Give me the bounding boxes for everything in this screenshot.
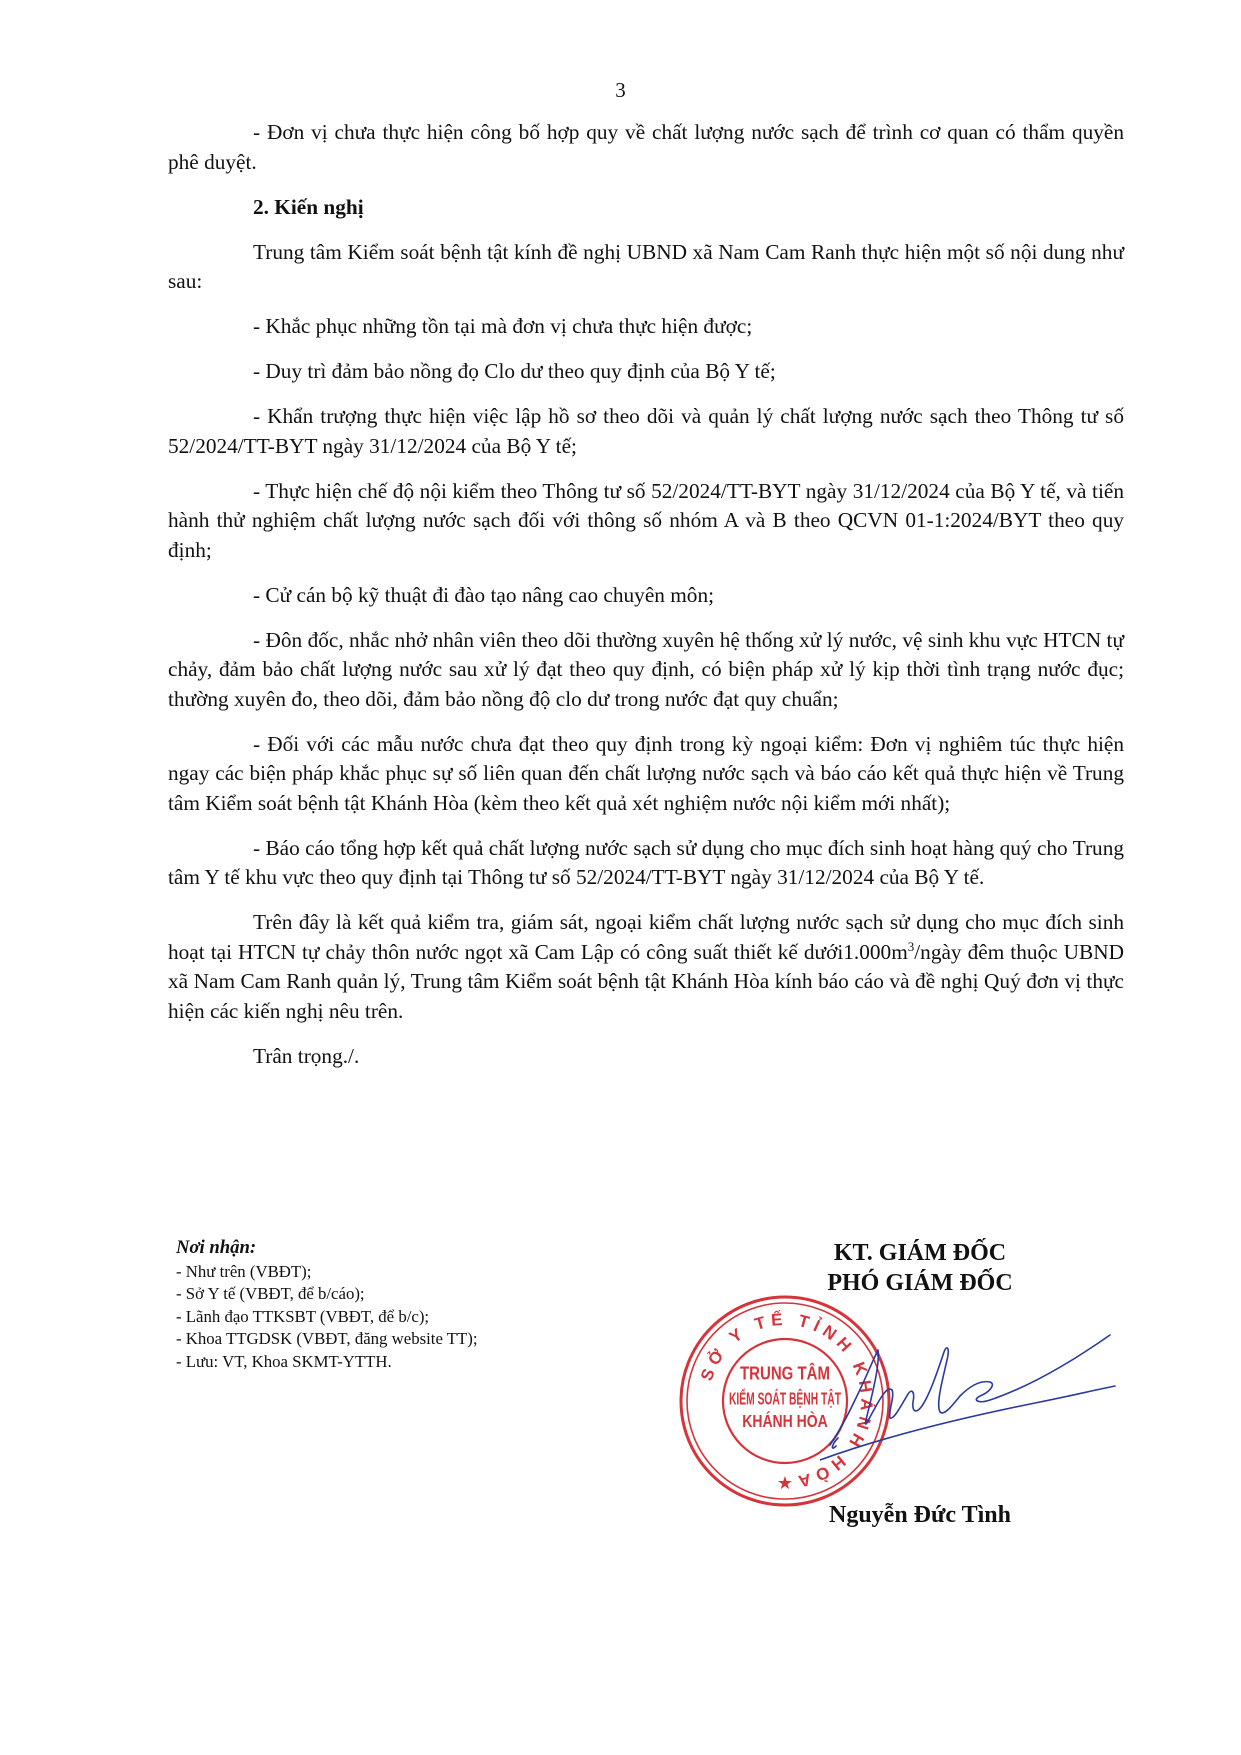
recommendation-item: - Đối với các mẫu nước chưa đạt theo quy…	[168, 730, 1124, 819]
recommendation-item: - Cử cán bộ kỹ thuật đi đào tạo nâng cao…	[168, 581, 1124, 611]
intro-paragraph: - Đơn vị chưa thực hiện công bố hợp quy …	[168, 118, 1124, 177]
recipient-item: - Lãnh đạo TTKSBT (VBĐT, để b/c);	[176, 1306, 478, 1329]
recipient-item: - Khoa TTGDSK (VBĐT, đăng website TT);	[176, 1328, 478, 1351]
recipient-item: - Như trên (VBĐT);	[176, 1261, 478, 1284]
recommendation-item: - Báo cáo tổng hợp kết quả chất lượng nư…	[168, 834, 1124, 893]
signature-block: KT. GIÁM ĐỐC PHÓ GIÁM ĐỐC Nguyễn Đức Tìn…	[770, 1238, 1070, 1298]
star-icon: ★	[777, 1473, 793, 1494]
recommendation-item: - Duy trì đảm bảo nồng đọ Clo dư theo qu…	[168, 357, 1124, 387]
document-body: - Đơn vị chưa thực hiện công bố hợp quy …	[168, 118, 1124, 1087]
recipients-list: - Như trên (VBĐT); - Sở Y tế (VBĐT, để b…	[176, 1261, 478, 1374]
section-heading: 2. Kiến nghị	[168, 193, 1124, 223]
recommendation-item: - Thực hiện chế độ nội kiểm theo Thông t…	[168, 477, 1124, 566]
recommendation-item: - Khắc phục những tồn tại mà đơn vị chưa…	[168, 312, 1124, 342]
page-number: 3	[0, 78, 1241, 103]
recipients-title: Nơi nhận:	[176, 1237, 478, 1260]
recipients-block: Nơi nhận: - Như trên (VBĐT); - Sở Y tế (…	[176, 1237, 478, 1373]
handwritten-signature-icon	[820, 1320, 1120, 1470]
stamp-center-line3: KHÁNH HÒA	[742, 1410, 828, 1431]
recipient-item: - Lưu: VT, Khoa SKMT-YTTH.	[176, 1351, 478, 1374]
document-page: 3 - Đơn vị chưa thực hiện công bố hợp qu…	[0, 0, 1241, 1755]
recommendation-item: - Đôn đốc, nhắc nhở nhân viên theo dõi t…	[168, 626, 1124, 715]
summary-paragraph: Trên đây là kết quả kiểm tra, giám sát, …	[168, 908, 1124, 1026]
stamp-center-line1: TRUNG TÂM	[740, 1363, 830, 1384]
recommendation-item: - Khẩn trượng thực hiện việc lập hồ sơ t…	[168, 402, 1124, 461]
lead-paragraph: Trung tâm Kiểm soát bệnh tật kính đề ngh…	[168, 238, 1124, 297]
closing-line: Trân trọng./.	[168, 1042, 1124, 1072]
recipient-item: - Sở Y tế (VBĐT, để b/cáo);	[176, 1283, 478, 1306]
signer-title-line1: KT. GIÁM ĐỐC	[770, 1238, 1070, 1268]
